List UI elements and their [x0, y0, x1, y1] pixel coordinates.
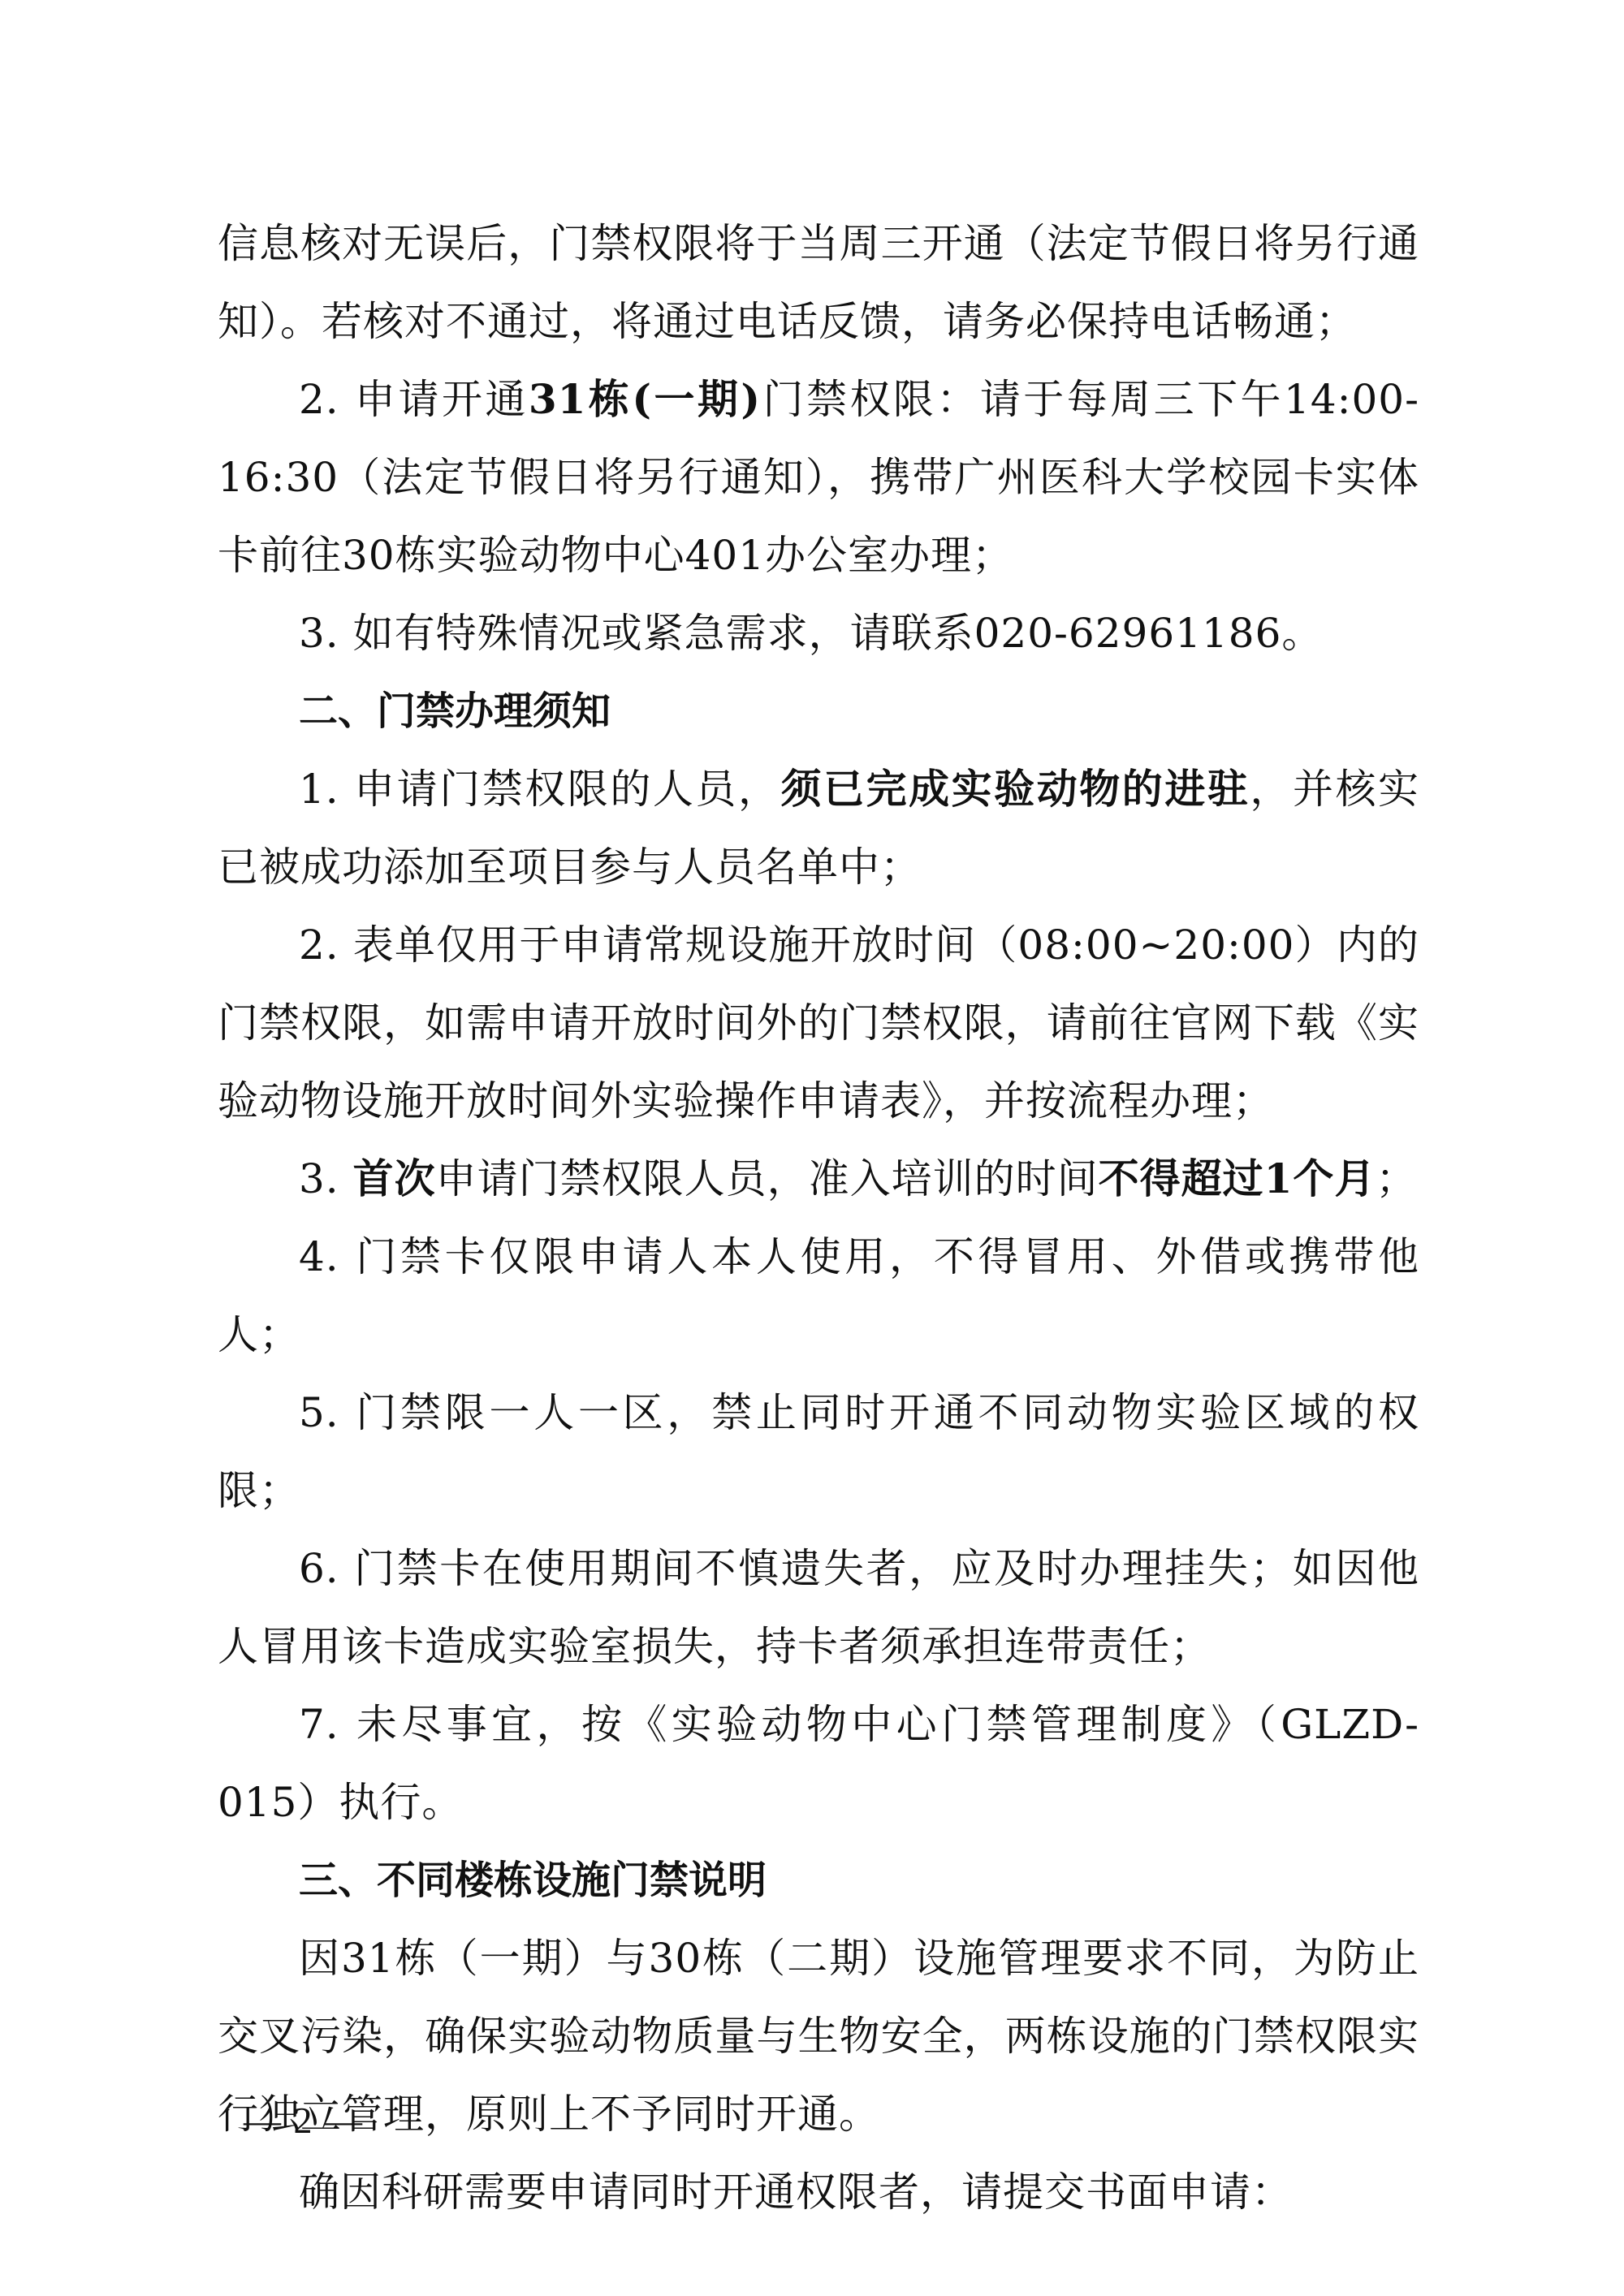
paragraph-section2-item7: 7. 未尽事宜，按《实验动物中心门禁管理制度》（GLZD-015）执行。 — [218, 1685, 1419, 1841]
paragraph-section1-item1-continued: 信息核对无误后，门禁权限将于当周三开通（法定节假日将另行通知）。若核对不通过，将… — [218, 205, 1419, 360]
paragraph-section2-item1: 1. 申请门禁权限的人员，须已完成实验动物的进驻，并核实已被成功添加至项目参与人… — [218, 750, 1419, 906]
paragraph-section2-item3: 3. 首次申请门禁权限人员，准入培训的时间不得超过1个月； — [218, 1140, 1419, 1218]
item2-prefix: 2. 申请开通 — [299, 376, 529, 423]
section3-heading: 三、不同楼栋设施门禁说明 — [218, 1841, 1419, 1919]
s2-item1-prefix: 1. 申请门禁权限的人员， — [299, 766, 781, 813]
paragraph-section3-para2: 确因科研需要申请同时开通权限者，请提交书面申请： — [218, 2153, 1419, 2231]
page-number: — 2 — — [244, 2096, 364, 2145]
s2-item3-bold-first: 首次 — [353, 1154, 436, 1202]
s2-item1-bold: 须已完成实验动物的进驻 — [781, 765, 1250, 813]
paragraph-section1-item2: 2. 申请开通31栋(一期)门禁权限：请于每周三下午14:00-16:30（法定… — [218, 360, 1419, 594]
section2-heading: 二、门禁办理须知 — [218, 672, 1419, 750]
item2-bold-building: 31栋(一期) — [529, 375, 761, 423]
paragraph-section1-item3: 3. 如有特殊情况或紧急需求，请联系020-62961186。 — [218, 594, 1419, 672]
s2-item3-bold-limit: 不得超过1个月 — [1099, 1154, 1376, 1202]
document-page: 信息核对无误后，门禁权限将于当周三开通（法定节假日将另行通知）。若核对不通过，将… — [0, 0, 1624, 2296]
paragraph-section2-item4: 4. 门禁卡仅限申请人本人使用，不得冒用、外借或携带他人； — [218, 1218, 1419, 1374]
s2-item3-suffix: ； — [1376, 1155, 1417, 1202]
paragraph-section3-para1: 因31栋（一期）与30栋（二期）设施管理要求不同，为防止交叉污染，确保实验动物质… — [218, 1919, 1419, 2153]
paragraph-section2-item5: 5. 门禁限一人一区，禁止同时开通不同动物实验区域的权限； — [218, 1374, 1419, 1530]
document-body: 信息核对无误后，门禁权限将于当周三开通（法定节假日将另行通知）。若核对不通过，将… — [218, 205, 1419, 2231]
s2-item3-prefix: 3. — [299, 1155, 353, 1202]
s2-item3-middle: 申请门禁权限人员，准入培训的时间 — [436, 1155, 1099, 1202]
paragraph-section2-item2: 2. 表单仅用于申请常规设施开放时间（08:00~20:00）内的门禁权限，如需… — [218, 906, 1419, 1140]
paragraph-section2-item6: 6. 门禁卡在使用期间不慎遗失者，应及时办理挂失；如因他人冒用该卡造成实验室损失… — [218, 1530, 1419, 1685]
